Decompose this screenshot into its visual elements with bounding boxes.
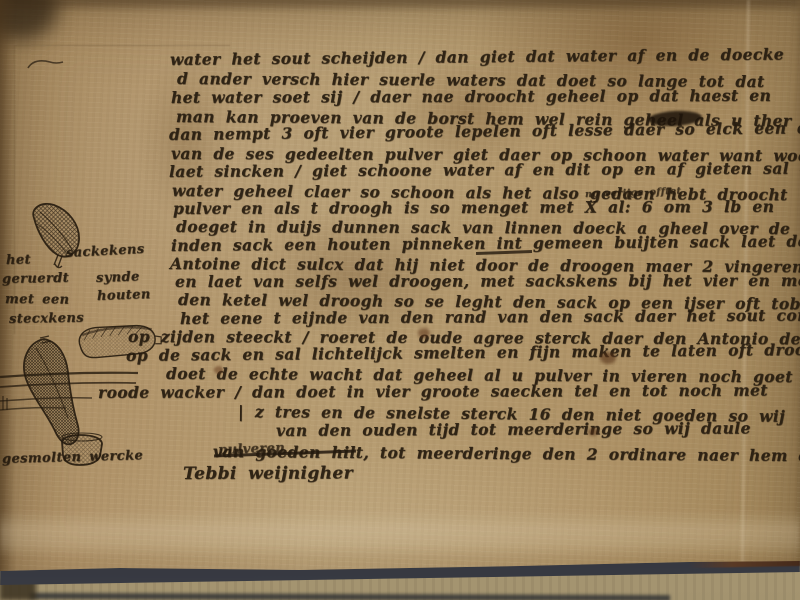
manuscript-photo: het sackekens geruerdt synde met een hou… bbox=[0, 0, 800, 600]
fold-line-vertical bbox=[14, 46, 15, 334]
margin-note-word: synde bbox=[96, 269, 140, 286]
ink-spot bbox=[214, 366, 223, 374]
margin-note-word: met een bbox=[5, 292, 69, 308]
text-line: en laet van selfs wel droogen, met sacks… bbox=[175, 271, 800, 291]
faded-wash-band bbox=[0, 510, 800, 558]
top-edge-shade bbox=[0, 0, 800, 8]
margin-note-word: het bbox=[6, 253, 31, 268]
manuscript-page: het sackekens geruerdt synde met een hou… bbox=[0, 0, 800, 600]
ink-spot bbox=[600, 352, 616, 364]
stray-pen-mark bbox=[26, 56, 66, 72]
text-line: pulver en als t droogh is so menget met … bbox=[173, 197, 774, 218]
margin-note-word: houten bbox=[97, 287, 151, 304]
text-line: laet sincken / giet schoone water af en … bbox=[169, 158, 800, 181]
text-line: het water soet sij / daer nae droocht ge… bbox=[171, 86, 771, 107]
ink-spot bbox=[588, 428, 598, 436]
text-line: roode wacker / dan doet in vier groote s… bbox=[98, 381, 768, 402]
ink-spot bbox=[418, 328, 430, 338]
margin-note-word: stecxkens bbox=[9, 311, 84, 327]
margin-note-word: sackekens bbox=[66, 242, 145, 261]
text-line: inden sack een houten pinneken int gemee… bbox=[171, 231, 800, 255]
text-line: het eene t eijnde van den rand van den s… bbox=[180, 305, 800, 328]
lower-edge-shadow bbox=[30, 593, 670, 600]
tilted-sack-sketch bbox=[22, 198, 92, 273]
signature-line: Tebbi weijnigher bbox=[183, 463, 353, 484]
margin-note-lower: gesmolten wercke bbox=[2, 448, 144, 467]
margin-note-word: geruerdt bbox=[2, 271, 69, 287]
text-line: van goeden hilt, tot meerderinge den 2 o… bbox=[213, 442, 800, 465]
text-line: van den ouden tijd tot meerderinge so wi… bbox=[276, 419, 751, 440]
text-line: water het sout scheijden / dan giet dat … bbox=[170, 45, 784, 69]
fold-line-horizontal bbox=[14, 45, 230, 46]
